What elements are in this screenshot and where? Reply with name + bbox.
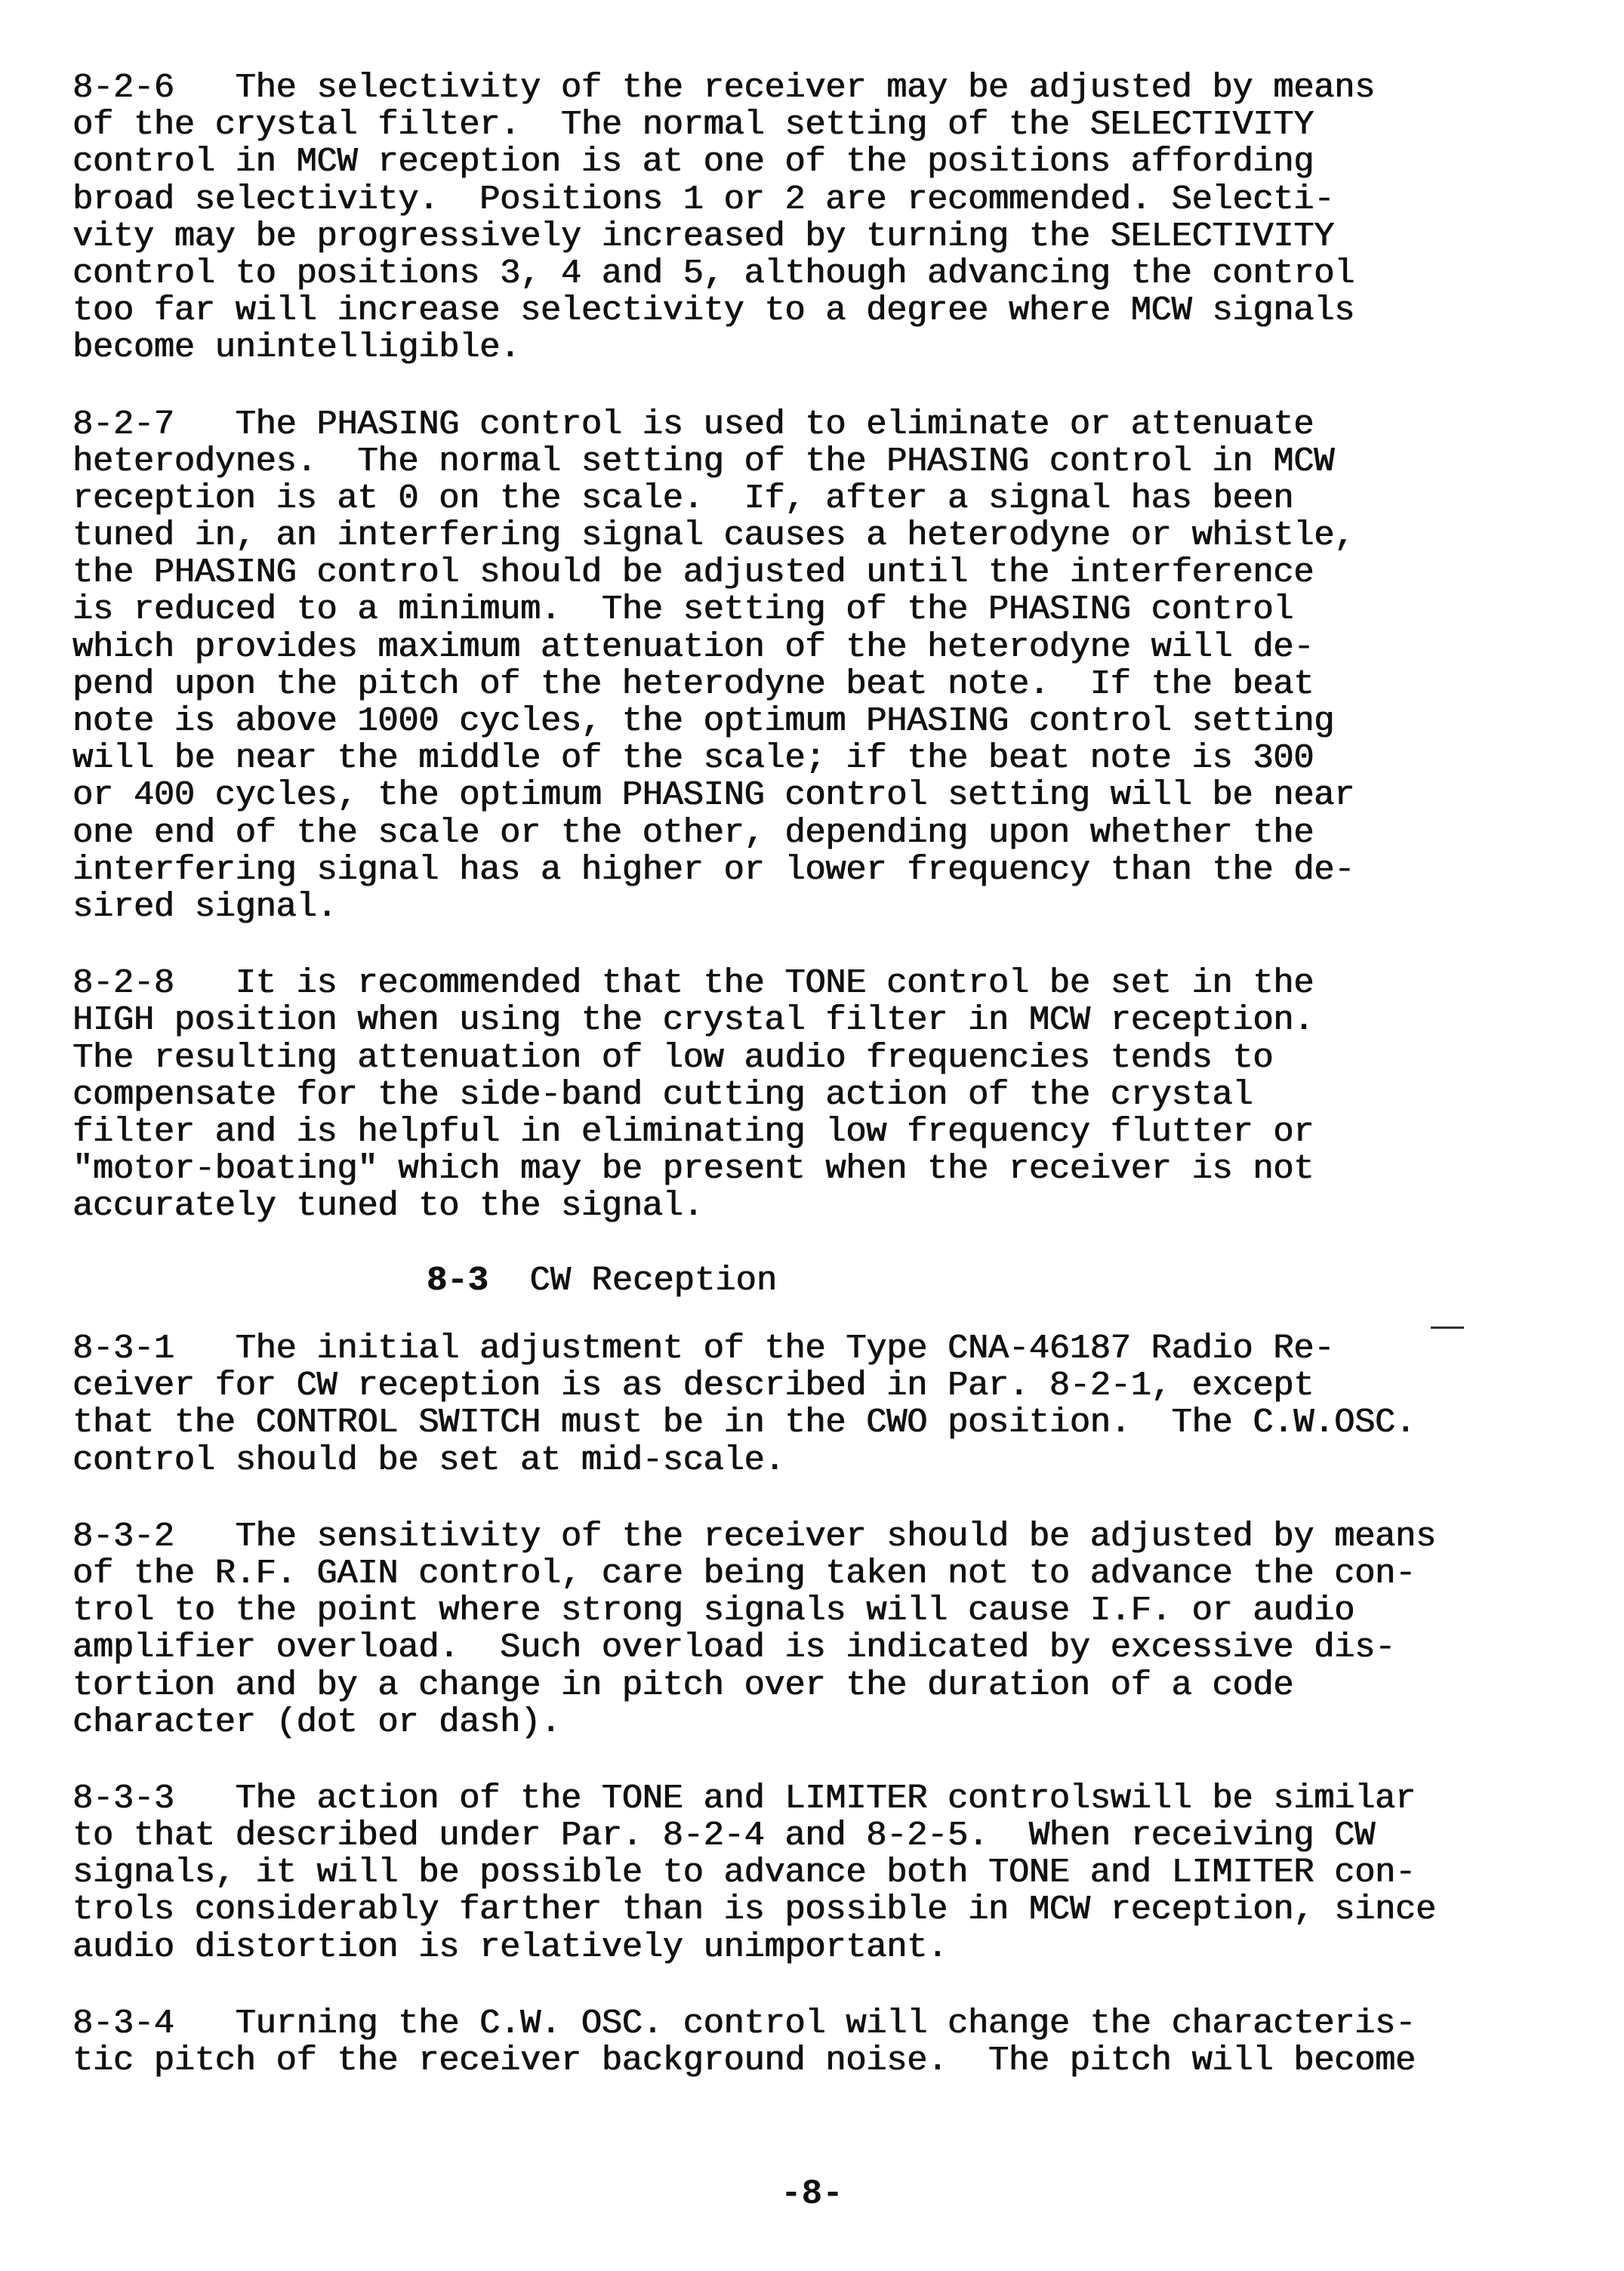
paragraph-line: or 400 cycles, the optimum PHASING contr… <box>72 777 1598 814</box>
paragraph-line: 8-2-8 It is recommended that the TONE co… <box>72 965 1598 1002</box>
paragraph-line: which provides maximum attenuation of th… <box>72 629 1598 666</box>
paragraph-line: of the crystal filter. The normal settin… <box>72 106 1598 143</box>
paragraph-8-2-8: 8-2-8 It is recommended that the TONE co… <box>72 965 1598 1225</box>
paragraph-line: 8-3-3 The action of the TONE and LIMITER… <box>72 1780 1598 1817</box>
paragraph-line: one end of the scale or the other, depen… <box>72 815 1598 852</box>
scan-speck <box>1431 1327 1464 1329</box>
paragraph-line: character (dot or dash). <box>72 1704 1598 1741</box>
paragraph-line: become unintelligible. <box>72 329 1598 366</box>
section-title: CW Reception <box>530 1261 778 1300</box>
paragraph-line: vity may be progressively increased by t… <box>72 218 1598 255</box>
section-8-2-continued: 8-2-6 The selectivity of the receiver ma… <box>72 69 1598 1225</box>
paragraph-line: ceiver for CW reception is as described … <box>72 1367 1598 1404</box>
paragraph-line: compensate for the side-band cutting act… <box>72 1077 1598 1114</box>
paragraph-line: 8-2-7 The PHASING control is used to eli… <box>72 406 1598 443</box>
paragraph-8-3-3: 8-3-3 The action of the TONE and LIMITER… <box>72 1780 1598 1966</box>
paragraph-line: note is above 1000 cycles, the optimum P… <box>72 703 1598 740</box>
paragraph-8-3-2: 8-3-2 The sensitivity of the receiver sh… <box>72 1518 1598 1741</box>
paragraph-line: the PHASING control should be adjusted u… <box>72 554 1598 591</box>
paragraph-line: filter and is helpful in eliminating low… <box>72 1114 1598 1151</box>
paragraph-line: tuned in, an interfering signal causes a… <box>72 517 1598 554</box>
paragraph-line: control to positions 3, 4 and 5, althoug… <box>72 255 1598 292</box>
page-number: -8- <box>0 2174 1624 2214</box>
paragraph-8-2-7: 8-2-7 The PHASING control is used to eli… <box>72 406 1598 926</box>
paragraph-line: accurately tuned to the signal. <box>72 1188 1598 1225</box>
paragraph-line: control in MCW reception is at one of th… <box>72 143 1598 180</box>
paragraph-line: control should be set at mid-scale. <box>72 1442 1598 1479</box>
paragraph-8-2-6: 8-2-6 The selectivity of the receiver ma… <box>72 69 1598 367</box>
paragraph-line: is reduced to a minimum. The setting of … <box>72 591 1598 628</box>
paragraph-line: sired signal. <box>72 889 1598 926</box>
paragraph-line: 8-2-6 The selectivity of the receiver ma… <box>72 69 1598 106</box>
section-heading: 8-3 CW Reception <box>427 1262 777 1299</box>
paragraph-line: that the CONTROL SWITCH must be in the C… <box>72 1404 1598 1441</box>
paragraph-line: HIGH position when using the crystal fil… <box>72 1002 1598 1039</box>
paragraph-line: trols considerably farther than is possi… <box>72 1891 1598 1928</box>
paragraph-line: tortion and by a change in pitch over th… <box>72 1667 1598 1704</box>
paragraph-line: reception is at 0 on the scale. If, afte… <box>72 480 1598 517</box>
paragraph-line: will be near the middle of the scale; if… <box>72 740 1598 777</box>
paragraph-line: 8-3-2 The sensitivity of the receiver sh… <box>72 1518 1598 1555</box>
paragraph-line: signals, it will be possible to advance … <box>72 1854 1598 1891</box>
paragraph-line: too far will increase selectivity to a d… <box>72 292 1598 329</box>
paragraph-line: pend upon the pitch of the heterodyne be… <box>72 666 1598 703</box>
paragraph-line: of the R.F. GAIN control, care being tak… <box>72 1555 1598 1592</box>
paragraph-line: trol to the point where strong signals w… <box>72 1592 1598 1629</box>
paragraph-line: 8-3-1 The initial adjustment of the Type… <box>72 1330 1598 1367</box>
paragraph-line: to that described under Par. 8-2-4 and 8… <box>72 1817 1598 1854</box>
paragraph-line: audio distortion is relatively unimporta… <box>72 1929 1598 1966</box>
paragraph-8-3-4: 8-3-4 Turning the C.W. OSC. control will… <box>72 2005 1598 2079</box>
paragraph-line: broad selectivity. Positions 1 or 2 are … <box>72 181 1598 218</box>
paragraph-line: amplifier overload. Such overload is ind… <box>72 1629 1598 1666</box>
section-8-3-body: 8-3-1 The initial adjustment of the Type… <box>72 1330 1598 2079</box>
section-number: 8-3 <box>427 1261 488 1300</box>
document-page-lower: 8-3-1 The initial adjustment of the Type… <box>72 1330 1598 2118</box>
paragraph-line: "motor-boating" which may be present whe… <box>72 1151 1598 1188</box>
paragraph-line: 8-3-4 Turning the C.W. OSC. control will… <box>72 2005 1598 2042</box>
paragraph-line: tic pitch of the receiver background noi… <box>72 2042 1598 2079</box>
paragraph-line: interfering signal has a higher or lower… <box>72 852 1598 889</box>
document-page: 8-2-6 The selectivity of the receiver ma… <box>72 69 1598 1264</box>
paragraph-line: heterodynes. The normal setting of the P… <box>72 443 1598 480</box>
paragraph-8-3-1: 8-3-1 The initial adjustment of the Type… <box>72 1330 1598 1479</box>
paragraph-line: The resulting attenuation of low audio f… <box>72 1040 1598 1077</box>
